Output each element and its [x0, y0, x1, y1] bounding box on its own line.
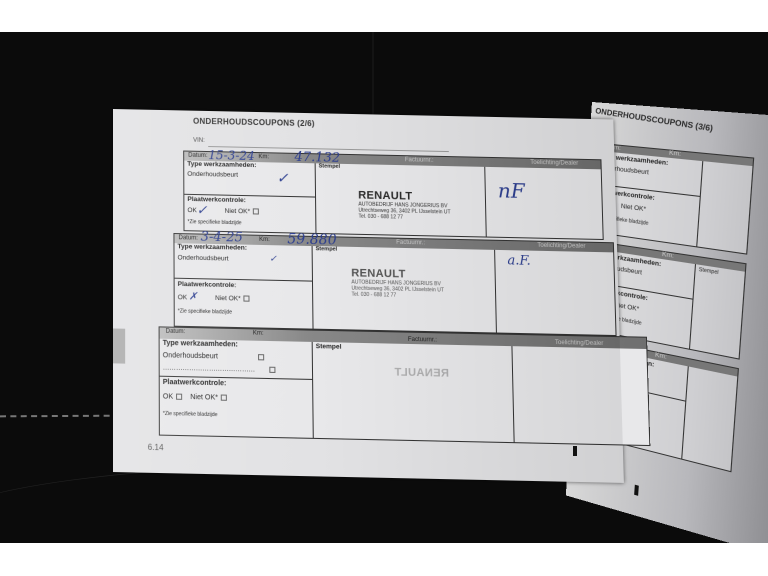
km-label: Km: — [258, 154, 269, 160]
stamp-section: Stempel RENAULT — [313, 342, 515, 442]
binding-mark — [573, 446, 577, 456]
invoice-label: Factuurnr.: — [405, 157, 434, 164]
dealer-stamp: RENAULT AUTOBEDRIJF HANS JONGERIUS BV Ut… — [358, 189, 451, 221]
stamp-label: Stempel — [316, 246, 338, 253]
footnote: *Zie specifieke bladzijde — [187, 219, 241, 226]
invoice-label: Factuurnr.: — [408, 337, 437, 344]
service-checkmark: ✓ — [277, 171, 289, 187]
seat-stitching — [0, 415, 120, 418]
km-label: Km: — [253, 330, 264, 336]
date-label: Datum: — [188, 153, 207, 159]
ok-checkbox: OK — [163, 393, 182, 401]
handwritten-notes: nF — [498, 178, 525, 203]
work-section: Type werkzaamheden: Onderhoudsbeurt ✓ Pl… — [174, 243, 313, 328]
work-type-label: Type werkzaamheden: — [178, 243, 247, 252]
vin-label: VIN: — [193, 138, 205, 144]
handwritten-notes: a.F. — [507, 253, 531, 269]
not-ok-label: Niet OK* — [215, 295, 250, 303]
ok-checkmark: ✓ — [196, 203, 207, 218]
service-checkmark: ✓ — [269, 254, 277, 264]
stamp-section: Stempel RENAULT AUTOBEDRIJF HANS JONGERI… — [316, 163, 487, 236]
km-label: Km: — [669, 149, 681, 157]
coupon-2: Datum: Km: Factuurnr.: Toelichting/Deale… — [173, 233, 616, 336]
page-title: ONDERHOUDSCOUPONS (2/6) — [193, 117, 315, 129]
dealer-stamp: RENAULT AUTOBEDRIJF HANS JONGERIUS BV Ut… — [351, 267, 444, 300]
coupon-3: Datum: Km: Factuurnr.: Toelichting/Deale… — [159, 326, 651, 446]
page-edge-tab — [113, 328, 125, 363]
notes-label: Toelichting/Dealer — [555, 340, 604, 347]
service-label: Onderhoudsbeurt — [187, 171, 238, 179]
ghost-stamp-bleedthrough: RENAULT — [394, 366, 449, 380]
booklet-left-page: ONDERHOUDSCOUPONS (2/6) VIN: Datum: Km: … — [113, 109, 624, 483]
divider — [689, 264, 696, 349]
work-section: Type werkzaamheden: Onderhoudsbeurt ✓ Pl… — [184, 161, 316, 233]
binding-mark — [634, 485, 639, 496]
divider — [681, 366, 689, 458]
ok-checkmark: ✗ — [189, 291, 198, 302]
not-ok-label: Niet OK* — [621, 203, 647, 213]
notes-label: Toelichting/Dealer — [530, 160, 578, 167]
coupon-1: Datum: Km: Factuurnr.: Toelichting/Deale… — [183, 151, 604, 241]
footnote: *Zie specifieke bladzijde — [178, 308, 232, 315]
blank-work-line: …………………………………… — [163, 364, 276, 374]
invoice-label: Factuurnr.: — [396, 240, 425, 247]
stamp-label: Stempel — [699, 267, 719, 276]
photo: ONDERHOUDSCOUPONS (3/6) Datum: Km: Type … — [0, 32, 768, 543]
notes-label: Toelichting/Dealer — [537, 243, 585, 250]
service-label: Onderhoudsbeurt — [163, 352, 265, 361]
work-type-label: Type werkzaamheden: — [187, 161, 256, 169]
bodywork-label: Plaatwerkcontrole: — [178, 281, 237, 289]
stamp-label: Stempel — [316, 343, 342, 351]
bodywork-label: Plaatwerkcontrole: — [163, 379, 227, 388]
date-label: Datum: — [178, 235, 198, 241]
stamp-label: Stempel — [319, 163, 341, 169]
not-ok-label: Niet OK* — [225, 208, 260, 216]
date-label: Datum: — [166, 329, 186, 336]
ok-label: OK — [178, 294, 188, 301]
divider — [696, 161, 703, 246]
work-section: Type werkzaamheden: Onderhoudsbeurt …………… — [160, 339, 314, 438]
page-number: 6.14 — [148, 443, 164, 453]
km-label: Km: — [259, 237, 270, 243]
footnote: *Zie specifieke bladzijde — [163, 411, 218, 418]
not-ok-checkbox: Niet OK* — [190, 394, 227, 402]
service-label: Onderhoudsbeurt — [178, 254, 229, 262]
stamp-section: Stempel RENAULT AUTOBEDRIJF HANS JONGERI… — [313, 246, 497, 332]
work-type-label: Type werkzaamheden: — [163, 340, 238, 349]
